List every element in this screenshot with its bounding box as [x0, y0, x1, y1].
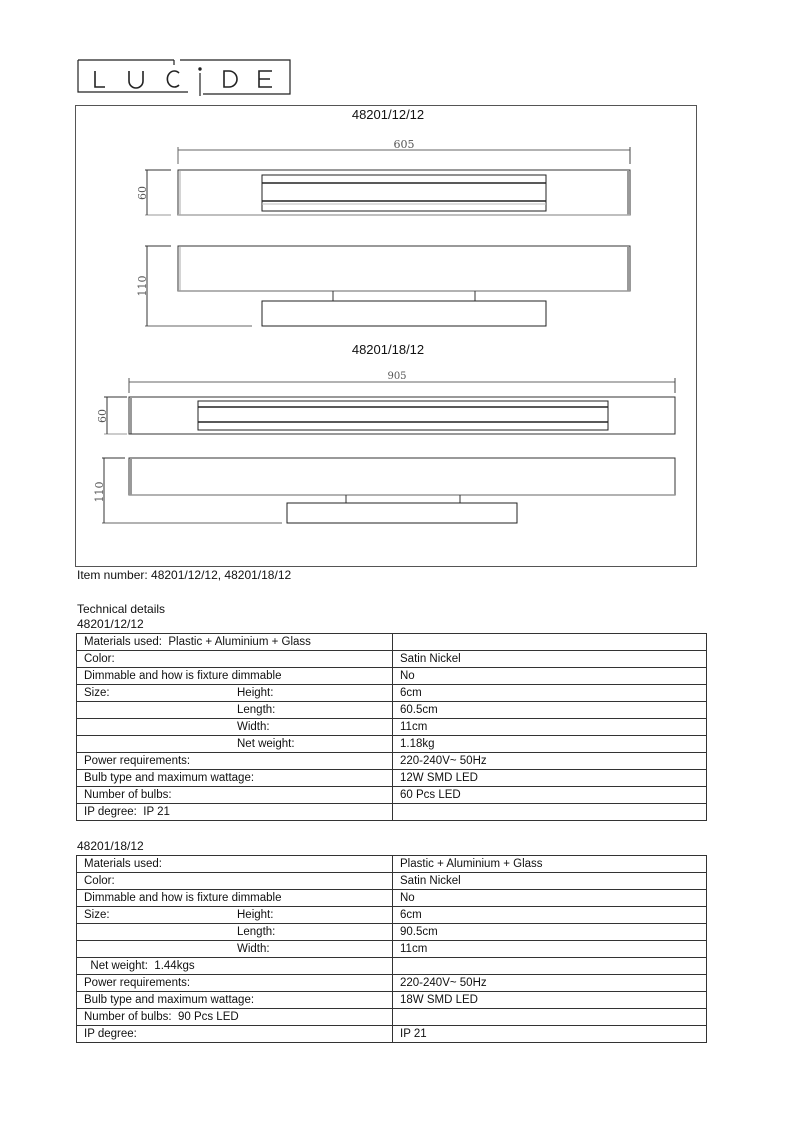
table-1-model-label: 48201/12/12 — [77, 617, 144, 631]
spec-label: Dimmable and how is fixture dimmable — [84, 890, 237, 906]
spec-label-cell: Color: — [77, 873, 393, 890]
table-row: Net weight: 1.44kgs — [77, 958, 707, 975]
spec-label: Size: — [84, 907, 237, 923]
spec-value — [393, 1009, 707, 1026]
spec-label: Materials used: — [84, 856, 237, 872]
spec-label: Net weight: 1.44kgs — [84, 958, 237, 974]
spec-sublabel: Height: — [237, 907, 273, 923]
spec-value: 1.18kg — [393, 736, 707, 753]
spec-sublabel: Length: — [237, 702, 275, 718]
spec-value: 11cm — [393, 719, 707, 736]
spec-value: 11cm — [393, 941, 707, 958]
spec-label-cell: Dimmable and how is fixture dimmable — [77, 890, 393, 907]
spec-label-cell: Size:Height: — [77, 685, 393, 702]
table-row: Width:11cm — [77, 941, 707, 958]
spec-label-cell: Net weight: — [77, 736, 393, 753]
table-row: Materials used:Plastic + Aluminium + Gla… — [77, 856, 707, 873]
spec-label-cell: Number of bulbs: — [77, 787, 393, 804]
spec-label-cell: IP degree: — [77, 1026, 393, 1043]
table-row: Dimmable and how is fixture dimmableNo — [77, 668, 707, 685]
table-row: Power requirements:220-240V~ 50Hz — [77, 975, 707, 992]
table-row: Net weight:1.18kg — [77, 736, 707, 753]
technical-details-title: Technical details — [77, 602, 165, 616]
table-row: Power requirements:220-240V~ 50Hz — [77, 753, 707, 770]
dimension-height-2: 60 — [96, 409, 109, 423]
table-row: IP degree: IP 21 — [77, 804, 707, 821]
spec-value: 6cm — [393, 685, 707, 702]
spec-label: Number of bulbs: — [84, 787, 237, 803]
spec-sublabel: Height: — [237, 685, 273, 701]
table-row: Bulb type and maximum wattage:12W SMD LE… — [77, 770, 707, 787]
spec-label-cell: Bulb type and maximum wattage: — [77, 770, 393, 787]
spec-table-1: Materials used: Plastic + Aluminium + Gl… — [76, 633, 707, 821]
spec-value: Satin Nickel — [393, 651, 707, 668]
dimension-length-2: 905 — [387, 371, 406, 382]
table-row: Color:Satin Nickel — [77, 873, 707, 890]
table-row: Length:60.5cm — [77, 702, 707, 719]
spec-value: 6cm — [393, 907, 707, 924]
table-row: Length:90.5cm — [77, 924, 707, 941]
spec-value — [393, 634, 707, 651]
spec-label-cell: Width: — [77, 719, 393, 736]
spec-value: 60 Pcs LED — [393, 787, 707, 804]
spec-table-2: Materials used:Plastic + Aluminium + Gla… — [76, 855, 707, 1043]
spec-label-cell: Power requirements: — [77, 975, 393, 992]
spec-label: Bulb type and maximum wattage: — [84, 992, 237, 1008]
spec-label-cell: Dimmable and how is fixture dimmable — [77, 668, 393, 685]
spec-label-cell: Width: — [77, 941, 393, 958]
table-row: Color:Satin Nickel — [77, 651, 707, 668]
table-row: Width:11cm — [77, 719, 707, 736]
spec-value: 90.5cm — [393, 924, 707, 941]
spec-label: Number of bulbs: 90 Pcs LED — [84, 1009, 237, 1025]
spec-label-cell: Length: — [77, 924, 393, 941]
spec-label: Bulb type and maximum wattage: — [84, 770, 237, 786]
table-2-model-label: 48201/18/12 — [77, 839, 144, 853]
spec-label: IP degree: — [84, 1026, 237, 1042]
spec-label-cell: Size:Height: — [77, 907, 393, 924]
dimension-depth-2: 110 — [93, 482, 106, 503]
spec-label: Dimmable and how is fixture dimmable — [84, 668, 237, 684]
table-row: Size:Height:6cm — [77, 685, 707, 702]
table-row: Number of bulbs:60 Pcs LED — [77, 787, 707, 804]
table-row: Number of bulbs: 90 Pcs LED — [77, 1009, 707, 1026]
spec-value: Satin Nickel — [393, 873, 707, 890]
item-number-line: Item number: 48201/12/12, 48201/18/12 — [77, 568, 291, 582]
spec-label-cell: Materials used: Plastic + Aluminium + Gl… — [77, 634, 393, 651]
spec-label: IP degree: IP 21 — [84, 804, 237, 820]
spec-label: Color: — [84, 873, 237, 889]
spec-sublabel: Width: — [237, 719, 270, 735]
spec-value: 60.5cm — [393, 702, 707, 719]
spec-label: Color: — [84, 651, 237, 667]
spec-value: 12W SMD LED — [393, 770, 707, 787]
spec-label: Power requirements: — [84, 753, 237, 769]
spec-value: No — [393, 668, 707, 685]
spec-label-cell: Bulb type and maximum wattage: — [77, 992, 393, 1009]
spec-sublabel: Length: — [237, 924, 275, 940]
spec-value: Plastic + Aluminium + Glass — [393, 856, 707, 873]
spec-value — [393, 958, 707, 975]
spec-value: No — [393, 890, 707, 907]
spec-label-cell: Number of bulbs: 90 Pcs LED — [77, 1009, 393, 1026]
spec-value: 18W SMD LED — [393, 992, 707, 1009]
table-row: IP degree:IP 21 — [77, 1026, 707, 1043]
spec-label-cell: Net weight: 1.44kgs — [77, 958, 393, 975]
spec-value: IP 21 — [393, 1026, 707, 1043]
table-row: Dimmable and how is fixture dimmableNo — [77, 890, 707, 907]
spec-value: 220-240V~ 50Hz — [393, 975, 707, 992]
spec-sublabel: Width: — [237, 941, 270, 957]
spec-sublabel: Net weight: — [237, 736, 295, 752]
drawing-model-2: 905 60 110 — [0, 0, 802, 560]
spec-label-cell: Length: — [77, 702, 393, 719]
spec-label-cell: Color: — [77, 651, 393, 668]
spec-value — [393, 804, 707, 821]
spec-label-cell: Power requirements: — [77, 753, 393, 770]
spec-label: Power requirements: — [84, 975, 237, 991]
spec-value: 220-240V~ 50Hz — [393, 753, 707, 770]
table-row: Size:Height:6cm — [77, 907, 707, 924]
spec-label-cell: Materials used: — [77, 856, 393, 873]
table-row: Bulb type and maximum wattage:18W SMD LE… — [77, 992, 707, 1009]
spec-label-cell: IP degree: IP 21 — [77, 804, 393, 821]
spec-label: Size: — [84, 685, 237, 701]
spec-label: Materials used: Plastic + Aluminium + Gl… — [84, 634, 237, 650]
table-row: Materials used: Plastic + Aluminium + Gl… — [77, 634, 707, 651]
